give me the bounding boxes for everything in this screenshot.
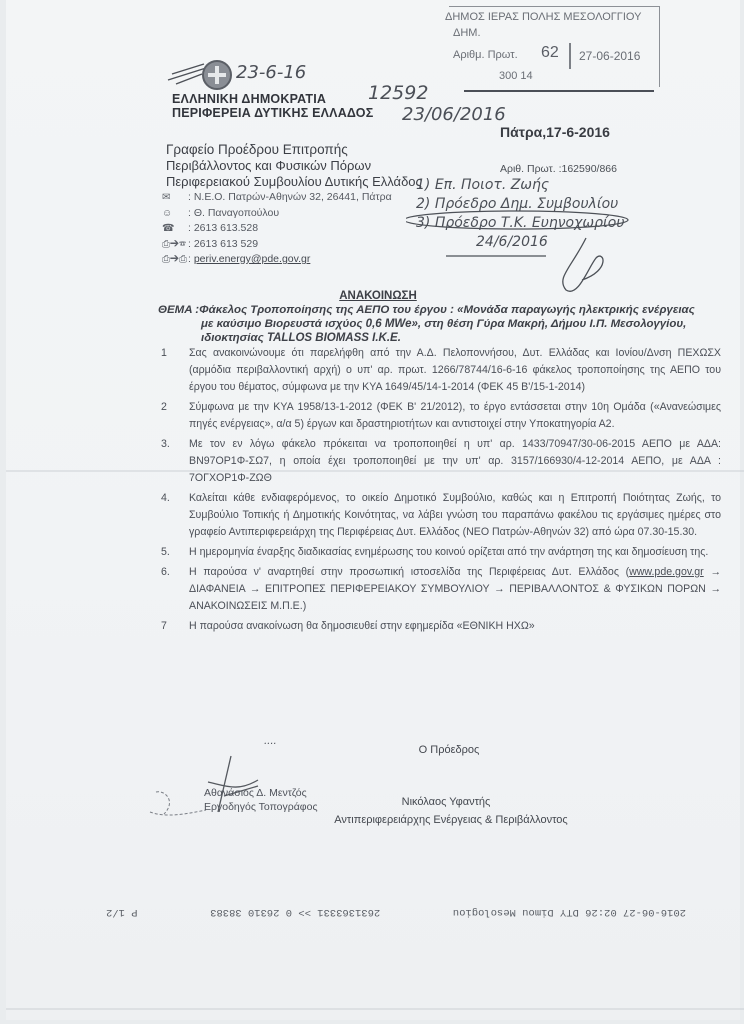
stamp-prot-number: 62 [541, 44, 559, 62]
contact-email: ⎙➔⎙: periv.energy@pde.gov.gr [162, 252, 392, 268]
contact-fax: ⎙➔☎: 2613 613 529 [162, 237, 392, 253]
address-icon: ✉ [162, 190, 188, 206]
list-item: 2Σύμφωνα με την ΚΥΑ 1958/13-1-2012 (ΦΕΚ … [161, 399, 721, 433]
republic-heading: ΕΛΛΗΝΙΚΗ ΔΗΜΟΚΡΑΤΙΑ [172, 92, 326, 106]
fax-icon: ⎙➔☎ [162, 237, 188, 253]
stamp-divider [569, 43, 571, 69]
protocol-label: Αριθ. Πρωτ. : [500, 163, 562, 175]
registration-date: 23/06/2016 [402, 104, 506, 125]
president-name: Νικόλαος Υφαντής [316, 796, 576, 808]
contact-block: ✉: Ν.Ε.Ο. Πατρών-Αθηνών 32, 26441, Πάτρα… [162, 190, 392, 268]
website-link[interactable]: www.pde.gov.gr [629, 566, 704, 578]
list-item: 1Σας ανακοινώνουμε ότι παρελήφθη από την… [161, 345, 721, 396]
incoming-stamp: ΔΗΜΟΣ ΙΕΡΑΣ ΠΟΛΗΣ ΜΕΣΟΛΟΓΓΙΟΥ ΔΗΜ. Αριθμ… [449, 6, 660, 87]
stamp-code: 300 14 [499, 70, 533, 82]
president-role: Ο Πρόεδρος [334, 744, 564, 756]
greek-emblem-icon [202, 60, 232, 90]
stamp-municipality: ΔΗΜΟΣ ΙΕΡΑΣ ΠΟΛΗΣ ΜΕΣΟΛΟΓΓΙΟΥ [445, 11, 641, 23]
protocol-number: Αριθ. Πρωτ. :162590/866 [500, 163, 617, 175]
handwritten-signature-icon [406, 208, 656, 298]
left-signatory-title: Εργοδηγός Τοπογράφος [204, 800, 318, 814]
office-line-2: Περιβάλλοντος και Φυσικών Πόρων [166, 158, 422, 174]
stamp-underline [464, 90, 654, 92]
office-line-1: Γραφείο Προέδρου Επιτροπής [166, 142, 422, 158]
subject-block: ΘΕΜΑ :Φάκελος Τροποποίησης της ΑΕΠΟ του … [158, 303, 728, 345]
email-icon: ⎙➔⎙ [162, 252, 188, 268]
distribution-item-1: 1) Επ. Ποιοτ. Ζωής [416, 176, 624, 195]
list-item: 4.Καλείται κάθε ενδιαφερόμενος, το οικεί… [161, 490, 721, 541]
office-block: Γραφείο Προέδρου Επιτροπής Περιβάλλοντος… [166, 142, 422, 190]
paper-edge [6, 1008, 744, 1010]
left-signatory: Αθανάσιος Δ. Μεντζός Εργοδηγός Τοπογράφο… [204, 786, 318, 814]
contact-address: ✉: Ν.Ε.Ο. Πατρών-Αθηνών 32, 26441, Πάτρα [162, 190, 392, 206]
president-title: Αντιπεριφερειάρχης Ενέργειας & Περιβάλλο… [306, 814, 596, 826]
email-link[interactable]: periv.energy@pde.gov.gr [194, 253, 311, 265]
handwritten-top-date: 23-6-16 [236, 62, 306, 83]
list-item: 6.Η παρούσα ν' αναρτηθεί στην προσωπική … [161, 564, 721, 615]
registration-number: 12592 [368, 82, 428, 104]
region-heading: ΠΕΡΙΦΕΡΕΙΑ ΔΥΤΙΚΗΣ ΕΛΛΑΔΟΣ [172, 106, 373, 120]
fax-page-count: P 1/2 [106, 906, 138, 918]
list-item: 3.Με τον εν λόγω φάκελο πρόκειται να τρο… [161, 436, 721, 487]
stamp-line2: ΔΗΜ. [453, 27, 481, 39]
announcement-items: 1Σας ανακοινώνουμε ότι παρελήφθη από την… [161, 345, 721, 638]
contact-person: ☺: Θ. Παναγοπούλου [162, 206, 392, 222]
signature-note: .... [264, 736, 277, 747]
left-signatory-name: Αθανάσιος Δ. Μεντζός [204, 786, 318, 800]
place-date: Πάτρα,17-6-2016 [500, 124, 610, 140]
protocol-value: 162590/866 [562, 163, 617, 175]
document-page: ΔΗΜΟΣ ΙΕΡΑΣ ΠΟΛΗΣ ΜΕΣΟΛΟΓΓΙΟΥ ΔΗΜ. Αριθμ… [6, 0, 740, 1020]
stamp-prot-label: Αριθμ. Πρωτ. [453, 49, 518, 61]
fax-timestamp-sender: 2016-06-27 02:26 DTY Dimou Mesologiou [453, 906, 686, 918]
subject-label: ΘΕΜΑ : [158, 304, 199, 316]
contact-phone: ☎: 2613 613.528 [162, 221, 392, 237]
subject-line-1: Φάκελος Τροποποίησης της ΑΕΠΟ του έργου … [199, 304, 695, 316]
office-line-3: Περιφερειακού Συμβουλίου Δυτικής Ελλάδος [166, 174, 422, 190]
person-icon: ☺ [162, 206, 188, 222]
stamp-date: 27-06-2016 [579, 49, 640, 63]
list-item: 5.Η ημερομηνία έναρξης διαδικασίας ενημέ… [161, 544, 721, 561]
announcement-title: ΑΝΑΚΟΙΝΩΣΗ [6, 290, 744, 302]
fax-transmission-header: 2016-06-27 02:26 DTY Dimou Mesologiou 26… [106, 906, 686, 918]
subject-line-2: με καύσιμο Βιορευστά ισχύος 0,6 MWe», στ… [158, 317, 728, 331]
fax-numbers: 2631363331 >> 0 26310 38383 [210, 906, 380, 918]
phone-icon: ☎ [162, 221, 188, 237]
list-item: 7Η παρούσα ανακοίνωση θα δημοσιευθεί στη… [161, 618, 721, 635]
subject-line-3: ιδιοκτησίας TALLOS BIOMASS I.K.E. [158, 331, 728, 345]
